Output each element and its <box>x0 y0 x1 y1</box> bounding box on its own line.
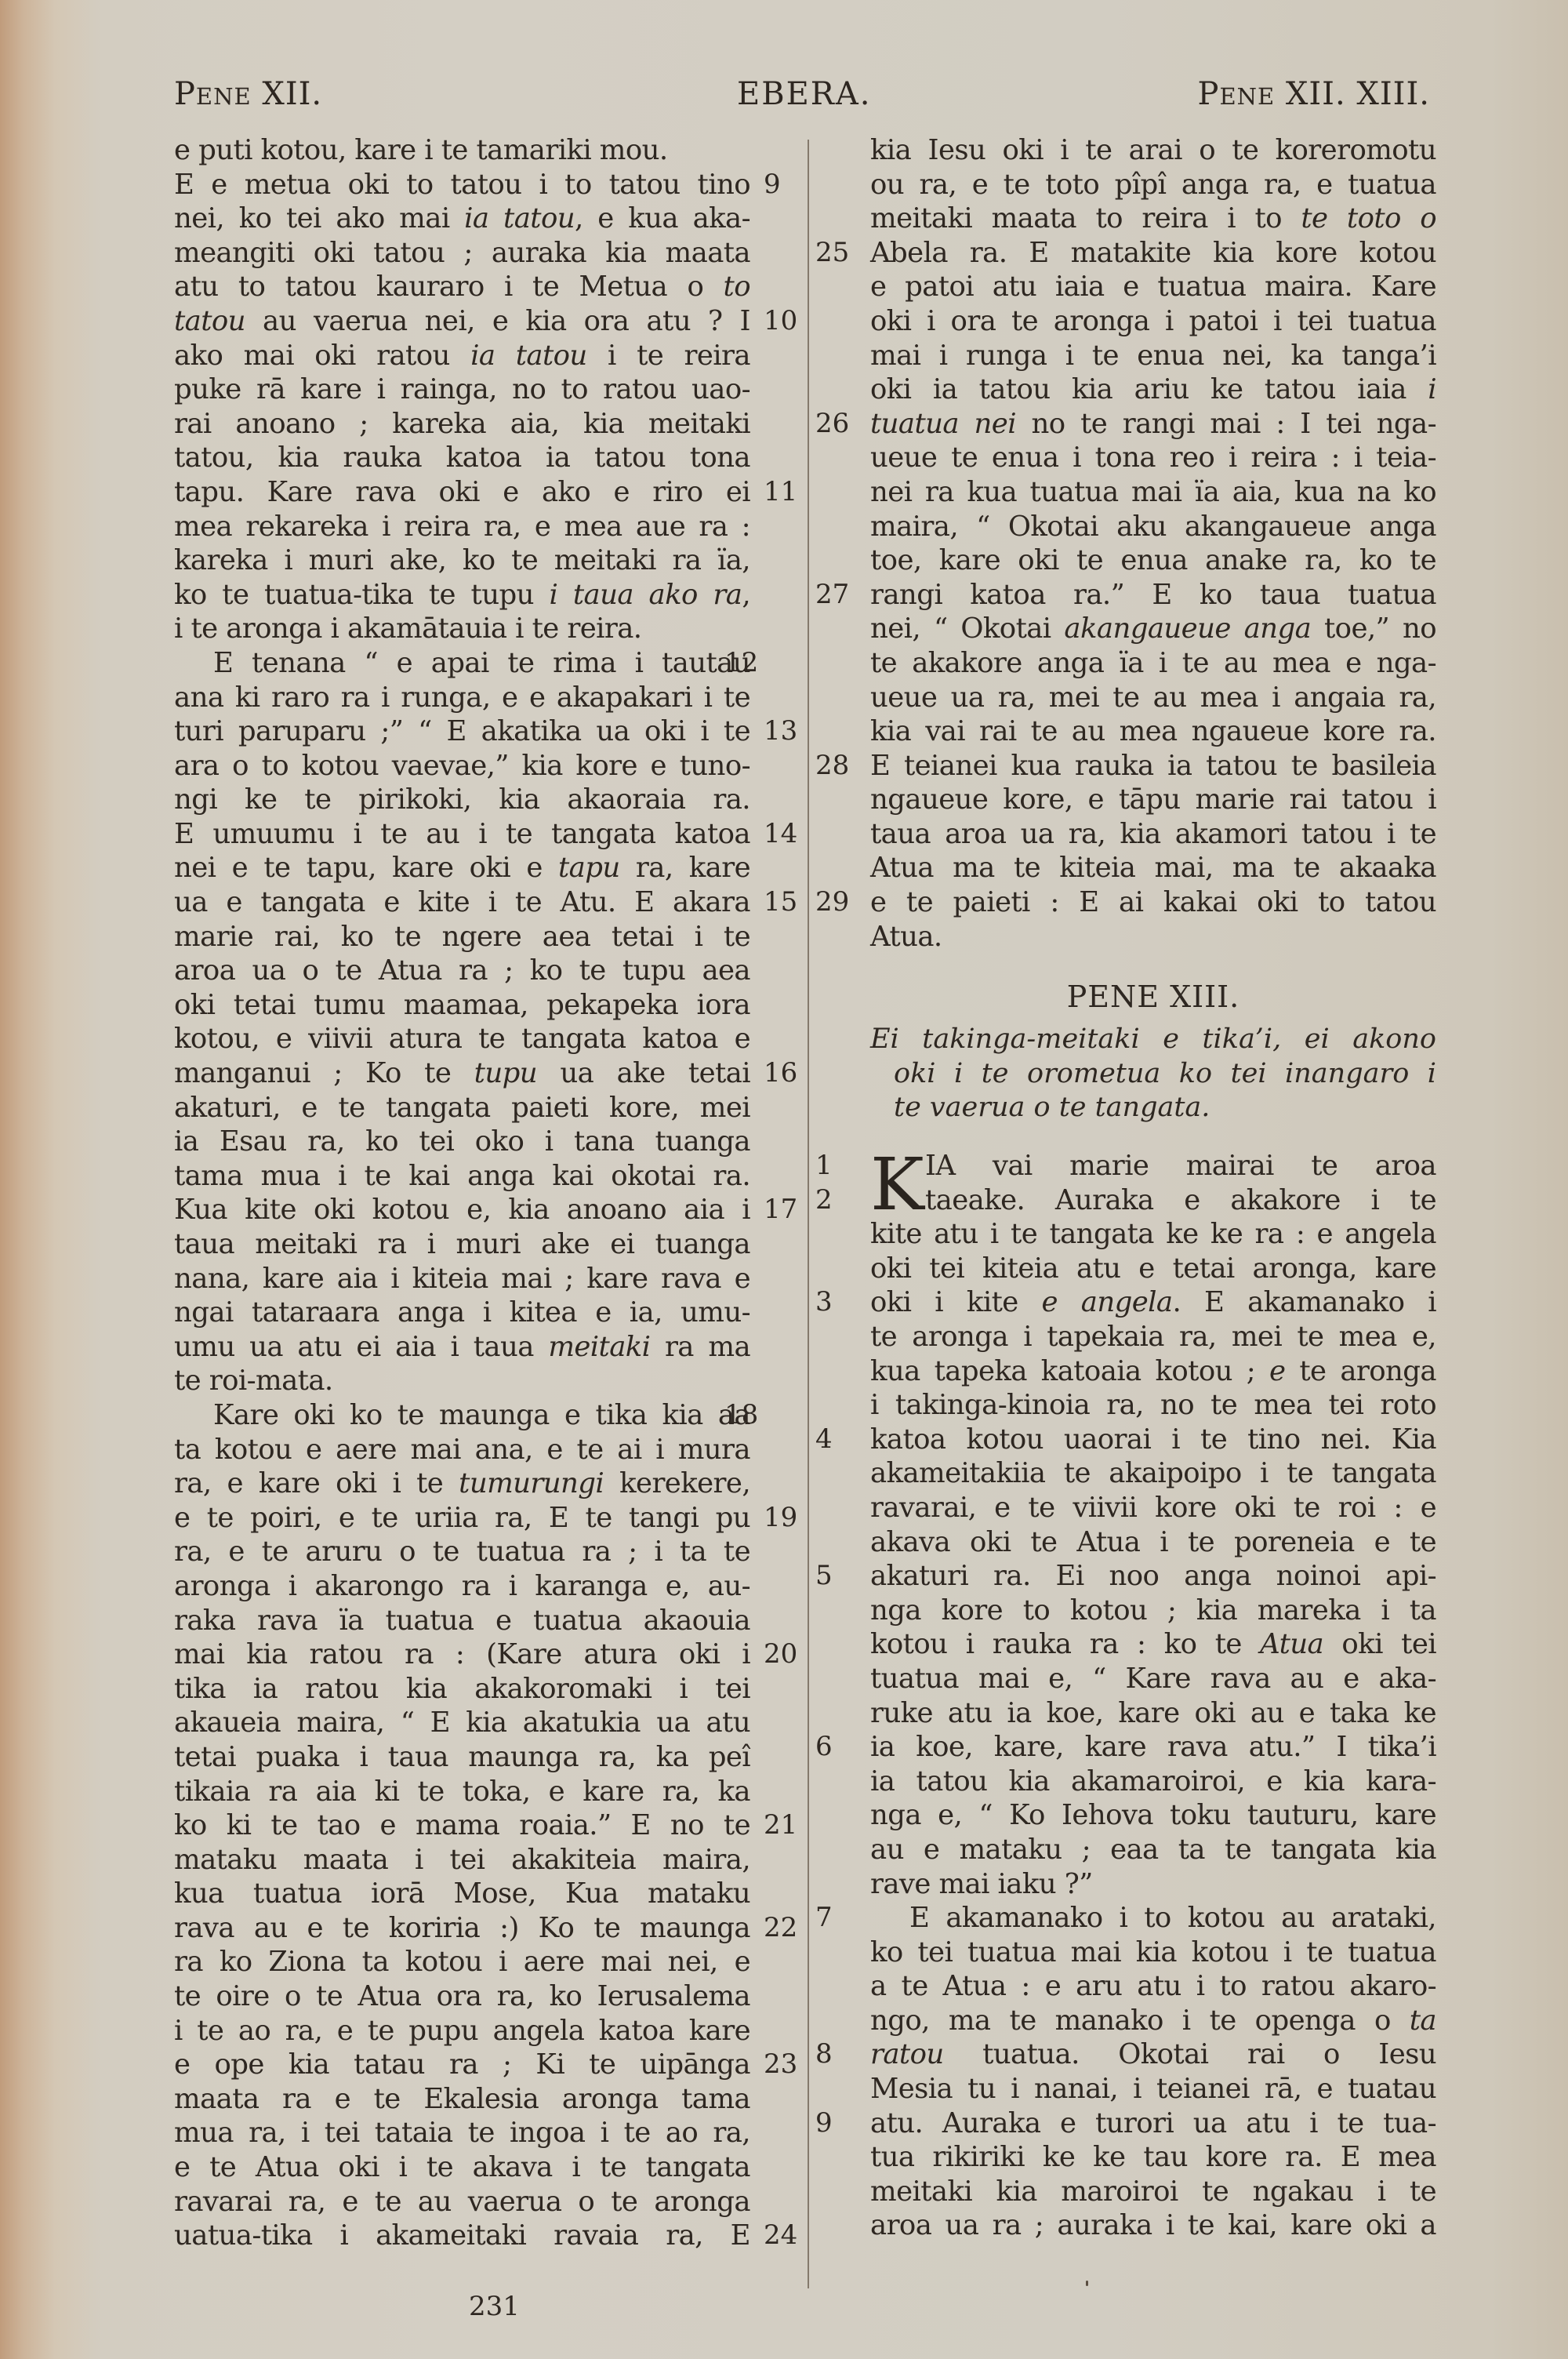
text-line-content: ia tatou kia akamaroiroi, e kia kara- <box>870 1765 1436 1797</box>
text-line: maira, “ Okotai aku akangaueue anga <box>870 510 1436 544</box>
text-line: oki i ora te aronga i patoi i tei tuatua <box>870 304 1436 339</box>
text-line-content: au e mataku ; eaa ta te tangata kia <box>870 1834 1436 1866</box>
text-line: 5akaturi ra. Ei noo anga noinoi api- <box>870 1559 1436 1594</box>
text-line-content: ngo, ma te manako i te openga o ta <box>870 2005 1436 2037</box>
text-line-content: oki i ora te aronga i patoi i tei tuatua <box>870 305 1436 337</box>
text-line: akameitakiia te akaipoipo i te tangata <box>870 1456 1436 1491</box>
text-line-content: puke rā kare i rainga, no to ratou uao- <box>174 373 750 405</box>
text-line: tika ia ratou kia akakoromaki i tei <box>174 1672 750 1707</box>
text-line-content: rave mai iaku ?” <box>870 1868 1093 1900</box>
text-line: ia Esau ra, ko tei oko i tana tuanga <box>174 1125 750 1159</box>
text-line: 4katoa kotou uaorai i te tino nei. Kia <box>870 1423 1436 1457</box>
text-line: ngaueue kore, e tāpu marie rai tatou i <box>870 783 1436 817</box>
text-line-content: i takinga-kinoia ra, no te mea tei roto <box>870 1389 1436 1421</box>
text-line: 18Kare oki ko te maunga e tika kia aa <box>174 1398 750 1433</box>
text-line: maata ra e te Ekalesia aronga tama <box>174 2082 750 2117</box>
text-line-content: kareka i muri ake, ko te meitaki ra ïa, <box>174 544 750 576</box>
text-line: ravarai ra, e te au vaerua o te aronga <box>174 2185 750 2219</box>
text-line: ko te tuatua-tika te tupu i taua ako ra, <box>174 578 750 612</box>
text-line: 8ratou tuatua. Okotai rai o Iesu <box>870 2037 1436 2072</box>
text-line: nei, “ Okotai akangaueue anga toe,” no <box>870 612 1436 646</box>
text-line: 28E teianei kua rauka ia tatou te basile… <box>870 749 1436 783</box>
text-line: e puti kotou, kare i te tamariki mou. <box>174 133 750 168</box>
text-line: oki tetai tumu maamaa, pekapeka iora <box>174 988 750 1023</box>
text-line: kia vai rai te au mea ngaueue kore ra. <box>870 714 1436 749</box>
text-line-content: te oire o te Atua ora ra, ko Ierusalema <box>174 1980 750 2012</box>
text-line-content: E akamanako i to kotou au arataki, <box>909 1902 1436 1934</box>
text-line: Atua ma te kiteia mai, ma te akaaka <box>870 851 1436 885</box>
text-line-content: kia Iesu oki i te arai o te koreromotu <box>870 134 1436 166</box>
verse-number: 5 <box>815 1559 833 1594</box>
text-line-content: akava oki te Atua i te poreneia e te <box>870 1526 1436 1558</box>
chapter-heading: PENE XIII. <box>870 971 1436 1023</box>
text-line-content: mataku maata i tei akakiteia maira, <box>174 1844 750 1876</box>
verse-number: 2 <box>815 1183 833 1218</box>
verse-number: 14 <box>764 817 797 852</box>
text-line-content: oki ia tatou kia ariu ke tatou iaia i <box>870 373 1436 405</box>
text-line: meangiti oki tatou ; auraka kia maata <box>174 236 750 271</box>
book-page: PENE XII. EBERA. PENE XII. XIII. e puti … <box>0 0 1568 2359</box>
text-line-content: aroa ua ra ; auraka i te kai, kare oki a <box>870 2209 1436 2241</box>
text-line-content: taua meitaki ra i muri ake ei tuanga <box>174 1228 750 1260</box>
verse-number: 28 <box>815 749 849 783</box>
text-line: nana, kare aia i kiteia mai ; kare rava … <box>174 1262 750 1296</box>
text-line-content: nei ra kua tuatua mai ïa aia, kua na ko <box>870 476 1436 508</box>
text-line-content: ngi ke te pirikoki, kia akaoraia ra. <box>174 783 750 816</box>
text-line: umu ua atu ei aia i taua meitaki ra ma <box>174 1330 750 1365</box>
paper-blemish <box>1086 2281 1088 2286</box>
text-line: 12E tenana “ e apai te rima i tautau <box>174 646 750 681</box>
text-line-content: kua tapeka katoaia kotou ; e te aronga <box>870 1355 1436 1387</box>
text-line: raka rava ïa tuatua e tuatua akaouia <box>174 1604 750 1638</box>
text-line: ra, e kare oki i te tumurungi kerekere, <box>174 1467 750 1501</box>
text-line: te roi-mata. <box>174 1364 750 1398</box>
text-line: 3oki i kite e angela. E akamanako i <box>870 1285 1436 1320</box>
text-line-content: aroa ua o te Atua ra ; ko te tupu aea <box>174 954 750 987</box>
verse-number: 29 <box>815 885 849 920</box>
page-number: 231 <box>469 2290 520 2324</box>
text-line-content: ueue te enua i tona reo i reira : i teia… <box>870 442 1436 474</box>
text-line-content: nei e te tapu, kare oki e tapu ra, kare <box>174 852 750 884</box>
text-line: a te Atua : e aru atu i to ratou akaro- <box>870 1969 1436 2004</box>
text-line: 25Abela ra. E matakite kia kore kotou <box>870 236 1436 271</box>
text-line: oki tei kiteia atu e tetai aronga, kare <box>870 1252 1436 1286</box>
text-line-content: mai i runga i te enua nei, ka tanga’i <box>870 340 1436 372</box>
running-head-left-chapter: XII. <box>252 76 323 112</box>
verse-number: 1 <box>815 1149 833 1183</box>
text-line-content: mua ra, i tei tataia te ingoa i te ao ra… <box>174 2117 750 2149</box>
verse-number: 27 <box>815 578 849 612</box>
running-head-left: PENE XII. <box>174 75 322 115</box>
text-line: akaturi, e te tangata paieti kore, mei <box>174 1091 750 1125</box>
text-line: puke rā kare i rainga, no to ratou uao- <box>174 373 750 407</box>
text-line: tikaia ra aia ki te toka, e kare ra, ka <box>174 1775 750 1809</box>
text-line: kia Iesu oki i te arai o te koreromotu <box>870 133 1436 168</box>
text-line-content: akameitakiia te akaipoipo i te tangata <box>870 1457 1436 1489</box>
text-line: tetai puaka i taua maunga ra, ka peî <box>174 1740 750 1775</box>
text-line-content: E tenana “ e apai te rima i tautau <box>213 647 750 679</box>
text-line-content: e te paieti : E ai kakai oki to tatou <box>870 886 1436 918</box>
text-line: nga kore to kotou ; kia mareka i ta <box>870 1594 1436 1628</box>
verse-number: 8 <box>815 2037 833 2072</box>
chapter-summary-line: Ei takinga-meitaki e tika’i, ei akono <box>870 1023 1436 1057</box>
verse-number: 19 <box>764 1501 797 1536</box>
text-line-content: kotou, e viivii atura te tangata katoa e <box>174 1023 750 1055</box>
text-line: ako mai oki ratou ia tatou i te reira <box>174 339 750 373</box>
text-line: 14E umuumu i te au i te tangata katoa <box>174 817 750 852</box>
text-line-content: oki tetai tumu maamaa, pekapeka iora <box>174 989 750 1021</box>
verse-number: 6 <box>815 1730 833 1765</box>
text-line-content: e te Atua oki i te akava i te tangata <box>174 2151 750 2183</box>
text-line-content: te akakore anga ïa i te au mea e nga- <box>870 647 1436 679</box>
text-line-content: e te poiri, e te uriia ra, E te tangi pu <box>174 1502 750 1534</box>
text-line-content: rai anoano ; kareka aia, kia meitaki <box>174 408 750 440</box>
text-line: taua meitaki ra i muri ake ei tuanga <box>174 1227 750 1262</box>
text-line: tama mua i te kai anga kai okotai ra. <box>174 1159 750 1194</box>
text-line-content: ko ki te tao e mama roaia.” E no te <box>174 1809 750 1841</box>
text-line: te oire o te Atua ora ra, ko Ierusalema <box>174 1979 750 2014</box>
chapter-12-ending: kia Iesu oki i te arai o te koreromotuou… <box>870 133 1436 954</box>
text-line-content: te aronga i tapekaia ra, mei te mea e, <box>870 1321 1436 1353</box>
text-line: ko tei tuatua mai kia kotou i te tuatua <box>870 1936 1436 1970</box>
text-line: kareka i muri ake, ko te meitaki ra ïa, <box>174 543 750 578</box>
text-line-content: kite atu i te tangata ke ke ra : e angel… <box>870 1218 1436 1250</box>
text-line-content: mea rekareka i reira ra, e mea aue ra : <box>174 511 750 543</box>
column-divider-rule <box>808 140 809 2288</box>
verse-number: 15 <box>764 885 797 920</box>
text-line: tua rikiriki ke ke tau kore ra. E mea <box>870 2140 1436 2175</box>
text-line: rave mai iaku ?” <box>870 1867 1436 1902</box>
text-line-content: mai kia ratou ra : (Kare atura oki i <box>174 1638 750 1670</box>
verse-number: 20 <box>764 1637 797 1672</box>
text-line-content: ratou tuatua. Okotai rai o Iesu <box>870 2038 1436 2070</box>
text-line: kotou i rauka ra : ko te Atua oki tei <box>870 1627 1436 1662</box>
verse-number: 4 <box>815 1423 833 1457</box>
text-line: 11tapu. Kare rava oki e ako e riro ei <box>174 475 750 510</box>
text-line-content: nei, ko tei ako mai ia tatou, e kua aka- <box>174 202 750 234</box>
verse-number: 24 <box>764 2219 797 2253</box>
text-line-content: uatua-tika i akameitaki ravaia ra, E <box>174 2219 750 2252</box>
text-line: 13turi paruparu ;” “ E akatika ua oki i … <box>174 714 750 749</box>
text-line: 21ko ki te tao e mama roaia.” E no te <box>174 1808 750 1843</box>
text-line: 19e te poiri, e te uriia ra, E te tangi … <box>174 1501 750 1536</box>
text-line-content: aronga i akarongo ra i karanga e, au- <box>174 1570 750 1602</box>
left-text-column: e puti kotou, kare i te tamariki mou.9E … <box>174 133 750 2253</box>
text-line-content: ra, e te aruru o te tuatua ra ; i ta te <box>174 1536 750 1568</box>
text-line: nei e te tapu, kare oki e tapu ra, kare <box>174 851 750 885</box>
text-line-content: tikaia ra aia ki te toka, e kare ra, ka <box>174 1776 750 1808</box>
text-line-content: tapu. Kare rava oki e ako e riro ei <box>174 476 750 508</box>
text-line: Atua. <box>870 920 1436 954</box>
text-line-content: Mesia tu i nanai, i teianei rā, e tuatau <box>870 2073 1436 2105</box>
text-line: mai i runga i te enua nei, ka tanga’i <box>870 339 1436 373</box>
text-line-content: E teianei kua rauka ia tatou te basileia <box>870 750 1436 782</box>
text-line: ngi ke te pirikoki, kia akaoraia ra. <box>174 783 750 817</box>
text-line: ruke atu ia koe, kare oki au e taka ke <box>870 1696 1436 1731</box>
verse-number: 16 <box>764 1056 797 1091</box>
text-line: tuatua mai e, “ Kare rava au e aka- <box>870 1662 1436 1696</box>
text-line-content: Kua kite oki kotou e, kia anoano aia i <box>174 1194 750 1226</box>
chapter-summary-line: oki i te orometua ko tei inangaro i <box>870 1057 1436 1092</box>
text-line: 10tatou au vaerua nei, e kia ora atu ? I <box>174 304 750 339</box>
text-line-content: akaturi ra. Ei noo anga noinoi api- <box>870 1560 1436 1592</box>
text-line: marie rai, ko te ngere aea tetai i te <box>174 920 750 954</box>
text-line: ara o to kotou vaevae,” kia kore e tuno- <box>174 749 750 783</box>
text-line: atu to tatou kauraro i te Metua o to <box>174 270 750 304</box>
verse-number: 9 <box>764 168 781 202</box>
text-line: i takinga-kinoia ra, no te mea tei roto <box>870 1388 1436 1423</box>
running-head-left-smallcaps: ENE <box>196 83 252 110</box>
text-line: mua ra, i tei tataia te ingoa i te ao ra… <box>174 2116 750 2150</box>
text-line: 2taeake. Auraka e akakore i te <box>870 1183 1436 1218</box>
text-line-content: oki i kite e angela. E akamanako i <box>870 1286 1436 1318</box>
text-line-content: IA vai marie mairai te aroa <box>925 1150 1436 1182</box>
text-line-content: ravarai, e te viivii kore oki te roi : e <box>870 1492 1436 1524</box>
verse-number: 18 <box>724 1398 758 1433</box>
verse-number: 23 <box>764 2048 797 2082</box>
chapter-summary: Ei takinga-meitaki e tika’i, ei akono ok… <box>870 1023 1436 1125</box>
text-line-content: ako mai oki ratou ia tatou i te reira <box>174 340 750 372</box>
text-line: 29e te paieti : E ai kakai oki to tatou <box>870 885 1436 920</box>
text-line: te aronga i tapekaia ra, mei te mea e, <box>870 1320 1436 1354</box>
chapter-opening: K 1IA vai marie mairai te aroa 2taeake. … <box>870 1149 1436 1217</box>
chapter-13-text: kite atu i te tangata ke ke ra : e angel… <box>870 1217 1436 2243</box>
text-line: kua tuatua iorā Mose, Kua mataku <box>174 1877 750 1911</box>
text-line-content: ngaueue kore, e tāpu marie rai tatou i <box>870 783 1436 816</box>
text-line-content: ra ko Ziona ta kotou i aere mai nei, e <box>174 1946 750 1978</box>
text-line-content: meitaki maata to reira i to te toto o <box>870 202 1436 234</box>
text-line: nei ra kua tuatua mai ïa aia, kua na ko <box>870 475 1436 510</box>
text-line-content: atu. Auraka e turori ua atu i te tua- <box>870 2107 1436 2139</box>
text-line-content: Kare oki ko te maunga e tika kia aa <box>213 1399 750 1431</box>
text-line: e patoi atu iaia e tuatua maira. Kare <box>870 270 1436 304</box>
text-line: 1IA vai marie mairai te aroa <box>870 1149 1436 1183</box>
text-line-content: ngai tataraara anga i kitea e ia, umu- <box>174 1296 750 1329</box>
text-line-content: E e metua oki to tatou i to tatou tino <box>174 169 750 201</box>
text-line: kua tapeka katoaia kotou ; e te aronga <box>870 1354 1436 1389</box>
text-line-content: tetai puaka i taua maunga ra, ka peî <box>174 1741 750 1773</box>
verse-number: 10 <box>764 304 797 339</box>
text-line-content: nei, “ Okotai akangaueue anga toe,” no <box>870 612 1436 645</box>
text-line: 26tuatua nei no te rangi mai : I tei nga… <box>870 407 1436 442</box>
text-line: 6ia koe, kare, kare rava atu.” I tika’i <box>870 1730 1436 1765</box>
text-line-content: kua tuatua iorā Mose, Kua mataku <box>174 1877 750 1910</box>
verse-number: 25 <box>815 236 849 271</box>
text-line-content: Atua. <box>870 921 942 953</box>
text-line: ngai tataraara anga i kitea e ia, umu- <box>174 1296 750 1330</box>
text-line: 9E e metua oki to tatou i to tatou tino <box>174 168 750 202</box>
text-line: aronga i akarongo ra i karanga e, au- <box>174 1569 750 1604</box>
text-line: ngo, ma te manako i te openga o ta <box>870 2004 1436 2038</box>
text-line-content: ta kotou e aere mai ana, e te ai i mura <box>174 1434 750 1466</box>
text-line-content: e patoi atu iaia e tuatua maira. Kare <box>870 271 1436 303</box>
text-line: akaueia maira, “ E kia akatukia ua atu <box>174 1706 750 1740</box>
verse-number: 13 <box>764 714 797 749</box>
text-line-content: atu to tatou kauraro i te Metua o to <box>174 271 750 303</box>
text-line-content: nana, kare aia i kiteia mai ; kare rava … <box>174 1263 750 1295</box>
running-head-left-cap: P <box>174 76 196 112</box>
text-line-content: ana ki raro ra i runga, e e akapakari i … <box>174 682 750 714</box>
text-line: toe, kare oki te enua anake ra, ko te <box>870 543 1436 578</box>
text-line: ravarai, e te viivii kore oki te roi : e <box>870 1491 1436 1525</box>
text-line-content: ravarai ra, e te au vaerua o te aronga <box>174 2186 750 2218</box>
text-line: 16manganui ; Ko te tupu ua ake tetai <box>174 1056 750 1091</box>
verse-number: 7 <box>815 1901 833 1936</box>
text-line-content: ra, e kare oki i te tumurungi kerekere, <box>174 1467 750 1499</box>
text-line: Mesia tu i nanai, i teianei rā, e tuatau <box>870 2072 1436 2106</box>
text-line-content: tuatua nei no te rangi mai : I tei nga- <box>870 408 1436 440</box>
text-line: ra ko Ziona ta kotou i aere mai nei, e <box>174 1945 750 1979</box>
text-line-content: ko tei tuatua mai kia kotou i te tuatua <box>870 1936 1436 1968</box>
text-line: tatou, kia rauka katoa ia tatou tona <box>174 441 750 475</box>
text-line: oki ia tatou kia ariu ke tatou iaia i <box>870 373 1436 407</box>
running-head-book-title: EBERA. <box>737 75 872 113</box>
text-line-content: ia Esau ra, ko tei oko i tana tuanga <box>174 1125 750 1158</box>
text-line-content: oki tei kiteia atu e tetai aronga, kare <box>870 1252 1436 1285</box>
text-line-content: e ope kia tatau ra ; Ki te uipānga <box>174 2048 750 2081</box>
text-line-content: tuatua mai e, “ Kare rava au e aka- <box>870 1663 1436 1695</box>
text-line-content: tika ia ratou kia akakoromaki i tei <box>174 1673 750 1705</box>
text-line-content: turi paruparu ;” “ E akatika ua oki i te <box>174 715 750 747</box>
text-line: aroa ua o te Atua ra ; ko te tupu aea <box>174 954 750 988</box>
text-line: mataku maata i tei akakiteia maira, <box>174 1843 750 1877</box>
text-line-content: Abela ra. E matakite kia kore kotou <box>870 237 1436 269</box>
text-line-content: taua aroa ua ra, kia akamori tatou i te <box>870 818 1436 850</box>
text-line-content: nga e, “ Ko Iehova toku tauturu, kare <box>870 1799 1436 1831</box>
text-line: rai anoano ; kareka aia, kia meitaki <box>174 407 750 442</box>
text-line: au e mataku ; eaa ta te tangata kia <box>870 1833 1436 1867</box>
text-line: 7E akamanako i to kotou au arataki, <box>870 1901 1436 1936</box>
text-line-content: tama mua i te kai anga kai okotai ra. <box>174 1160 750 1192</box>
text-line: ou ra, e te toto pîpî anga ra, e tuatua <box>870 168 1436 202</box>
text-line-content: tatou au vaerua nei, e kia ora atu ? I <box>174 305 750 337</box>
text-line-content: ia koe, kare, kare rava atu.” I tika’i <box>870 1731 1436 1763</box>
text-line-content: e puti kotou, kare i te tamariki mou. <box>174 134 668 166</box>
text-line-content: maira, “ Okotai aku akangaueue anga <box>870 511 1436 543</box>
text-line-content: ou ra, e te toto pîpî anga ra, e tuatua <box>870 169 1436 201</box>
text-line-content: E umuumu i te au i te tangata katoa <box>174 818 750 850</box>
text-line: ia tatou kia akamaroiroi, e kia kara- <box>870 1765 1436 1799</box>
running-head-right-cap: P <box>1198 76 1220 112</box>
text-line-content: te roi-mata. <box>174 1365 333 1397</box>
text-line: i te aronga i akamātauia i te reira. <box>174 612 750 646</box>
running-head-right-chapters: XII. XIII. <box>1275 76 1430 112</box>
text-line: kite atu i te tangata ke ke ra : e angel… <box>870 1217 1436 1252</box>
text-line: te akakore anga ïa i te au mea e nga- <box>870 646 1436 681</box>
text-line-content: marie rai, ko te ngere aea tetai i te <box>174 921 750 953</box>
verse-number: 17 <box>764 1193 797 1227</box>
text-line: 9atu. Auraka e turori ua atu i te tua- <box>870 2106 1436 2141</box>
text-line: mea rekareka i reira ra, e mea aue ra : <box>174 510 750 544</box>
verse-number: 3 <box>815 1285 833 1320</box>
text-line: 17Kua kite oki kotou e, kia anoano aia i <box>174 1193 750 1227</box>
text-line-content: tua rikiriki ke ke tau kore ra. E mea <box>870 2141 1436 2173</box>
text-line: ra, e te aruru o te tuatua ra ; i ta te <box>174 1535 750 1569</box>
verse-number: 9 <box>815 2106 833 2141</box>
text-line-content: ueue ua ra, mei te au mea i angaia ra, <box>870 682 1436 714</box>
text-line: ta kotou e aere mai ana, e te ai i mura <box>174 1433 750 1467</box>
text-line: nga e, “ Ko Iehova toku tauturu, kare <box>870 1798 1436 1833</box>
verse-number: 11 <box>764 475 797 510</box>
text-line: kotou, e viivii atura te tangata katoa e <box>174 1022 750 1056</box>
text-line-content: ko te tuatua-tika te tupu i taua ako ra, <box>174 579 750 611</box>
verse-number: 21 <box>764 1808 797 1843</box>
text-line-content: i te aronga i akamātauia i te reira. <box>174 612 642 645</box>
text-line: e te Atua oki i te akava i te tangata <box>174 2150 750 2185</box>
verse-number: 12 <box>724 646 758 681</box>
text-line-content: ara o to kotou vaevae,” kia kore e tuno- <box>174 750 750 782</box>
running-head-right: PENE XII. XIII. <box>1198 75 1430 115</box>
text-line: nei, ko tei ako mai ia tatou, e kua aka- <box>174 202 750 236</box>
text-line: aroa ua ra ; auraka i te kai, kare oki a <box>870 2208 1436 2243</box>
text-line-content: meitaki kia maroiroi te ngakau i te <box>870 2175 1436 2208</box>
text-line-content: toe, kare oki te enua anake ra, ko te <box>870 544 1436 576</box>
text-line-content: ruke atu ia koe, kare oki au e taka ke <box>870 1697 1436 1729</box>
text-line-content: ua e tangata e kite i te Atu. E akara <box>174 886 750 918</box>
text-line-content: meangiti oki tatou ; auraka kia maata <box>174 237 750 269</box>
text-line: i te ao ra, e te pupu angela katoa kare <box>174 2014 750 2048</box>
text-line: meitaki maata to reira i to te toto o <box>870 202 1436 236</box>
text-line-content: manganui ; Ko te tupu ua ake tetai <box>174 1057 750 1089</box>
text-line-content: rava au e te koriria :) Ko te maunga <box>174 1912 750 1944</box>
chapter-summary-line: te vaerua o te tangata. <box>870 1091 1436 1125</box>
text-line: taua aroa ua ra, kia akamori tatou i te <box>870 817 1436 852</box>
text-line: 22rava au e te koriria :) Ko te maunga <box>174 1911 750 1946</box>
text-line-content: akaturi, e te tangata paieti kore, mei <box>174 1092 750 1124</box>
verse-number: 26 <box>815 407 849 442</box>
text-line-content: katoa kotou uaorai i te tino nei. Kia <box>870 1423 1436 1456</box>
text-line: 23e ope kia tatau ra ; Ki te uipānga <box>174 2048 750 2082</box>
text-line-content: raka rava ïa tuatua e tuatua akaouia <box>174 1605 750 1637</box>
text-line-content: umu ua atu ei aia i taua meitaki ra ma <box>174 1331 750 1363</box>
text-line-content: a te Atua : e aru atu i to ratou akaro- <box>870 1970 1436 2002</box>
text-line-content: kia vai rai te au mea ngaueue kore ra. <box>870 715 1436 747</box>
text-line: 24uatua-tika i akameitaki ravaia ra, E <box>174 2219 750 2253</box>
text-line-content: akaueia maira, “ E kia akatukia ua atu <box>174 1707 750 1739</box>
text-line-content: i te ao ra, e te pupu angela katoa kare <box>174 2015 750 2047</box>
right-text-column: kia Iesu oki i te arai o te koreromotuou… <box>870 133 1436 2243</box>
text-line-content: maata ra e te Ekalesia aronga tama <box>174 2083 750 2115</box>
text-line-content: rangi katoa ra.” E ko taua tuatua <box>870 579 1436 611</box>
text-line: 27rangi katoa ra.” E ko taua tuatua <box>870 578 1436 612</box>
text-line-content: Atua ma te kiteia mai, ma te akaaka <box>870 852 1436 884</box>
text-line-content: nga kore to kotou ; kia mareka i ta <box>870 1594 1436 1627</box>
text-line-content: taeake. Auraka e akakore i te <box>925 1184 1436 1216</box>
text-line: meitaki kia maroiroi te ngakau i te <box>870 2175 1436 2209</box>
text-line-content: tatou, kia rauka katoa ia tatou tona <box>174 442 750 474</box>
text-line-content: kotou i rauka ra : ko te Atua oki tei <box>870 1628 1436 1660</box>
text-line: ueue ua ra, mei te au mea i angaia ra, <box>870 681 1436 715</box>
text-line: ana ki raro ra i runga, e e akapakari i … <box>174 681 750 715</box>
text-line: 20mai kia ratou ra : (Kare atura oki i <box>174 1637 750 1672</box>
text-line: akava oki te Atua i te poreneia e te <box>870 1525 1436 1560</box>
text-line: ueue te enua i tona reo i reira : i teia… <box>870 441 1436 475</box>
text-line: 15ua e tangata e kite i te Atu. E akara <box>174 885 750 920</box>
verse-number: 22 <box>764 1911 797 1946</box>
running-head-right-smallcaps: ENE <box>1219 83 1275 110</box>
